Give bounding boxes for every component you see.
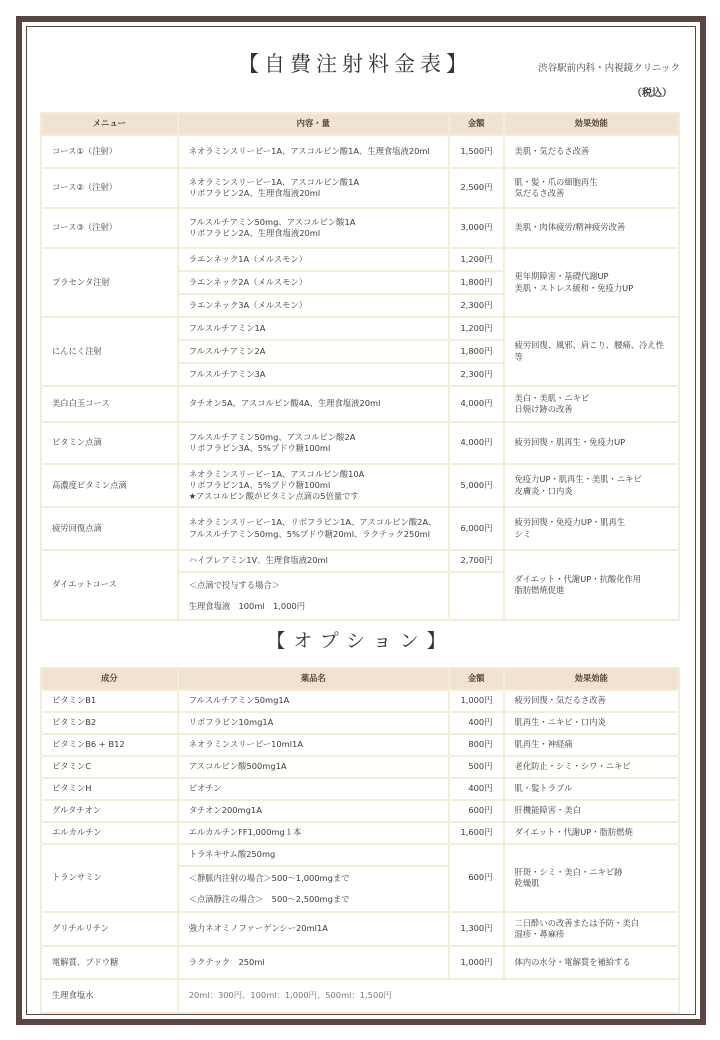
price-cell: 600円 xyxy=(449,800,504,822)
content-line: ★アスコルビン酸がビタミン点滴の5倍量です xyxy=(189,491,438,502)
price-cell: 2,500円 xyxy=(449,168,504,208)
effect-cell: 美肌・気だるさ改善 xyxy=(504,135,679,168)
effect-cell: ダイエット・代謝UP・脂肪燃焼 xyxy=(504,822,679,844)
price-cell: 1,500円 xyxy=(449,135,504,168)
table-row: 生理食塩水 20ml：300円、100ml：1,000円、500ml：1,500… xyxy=(41,979,679,1013)
price-cell: 1,200円 xyxy=(449,317,504,340)
effect-cell: 疲労回復・免疫力UP・肌再生シミ xyxy=(504,507,679,550)
table-row: 電解質、ブドウ糖 ラクテック 250ml 1,000円 体内の水分・電解質を補給… xyxy=(41,946,679,979)
price-cell: 1,800円 xyxy=(449,271,504,294)
ingredient-cell: グルタチオン xyxy=(41,800,178,822)
table-row: ビタミンCアスコルビン酸500mg1A500円老化防止・シミ・シワ・ニキビ xyxy=(41,756,679,778)
content-line: フルスルチアミン50mg、アスコルビン酸2A xyxy=(189,432,438,443)
effect-line: 皮膚炎・口内炎 xyxy=(515,486,668,497)
drug-cell: トラネキサム酸250mg xyxy=(178,844,449,866)
tax-note: （税込） xyxy=(632,84,672,99)
content-cell: ネオラミンスリービー1A、アスコルビン酸1A、生理食塩液20ml xyxy=(178,135,449,168)
menu-cell: プラセンタ注射 xyxy=(41,248,178,317)
drug-cell: エルカルチンFF1,000mg１本 xyxy=(178,822,449,844)
table-row: ビタミンB1フルスルチアミン50mg1A1,000円疲労回復・気だるさ改善 xyxy=(41,690,679,712)
content-line: リボフラビン2A、生理食塩液20ml xyxy=(189,228,438,239)
col-effect: 効果効能 xyxy=(504,668,679,690)
effect-cell: ダイエット・代謝UP・抗酸化作用脂肪燃焼促進 xyxy=(504,550,679,620)
content-line: ＜点滴で投与する場合＞ xyxy=(189,580,438,591)
table-header: メニュー 内容・量 金額 効果効能 xyxy=(41,113,679,135)
content-cell: タチオン5A、アスコルビン酸4A、生理食塩液20ml xyxy=(178,386,449,422)
price-cell: 1,000円 xyxy=(449,946,504,979)
content-cell: ラエンネック3A（メルスモン） xyxy=(178,294,449,317)
menu-cell: ビタミン点滴 xyxy=(41,422,178,464)
col-price: 金額 xyxy=(449,668,504,690)
col-drug: 薬品名 xyxy=(178,668,449,690)
content-cell: ＜点滴で投与する場合＞生理食塩液 100ml 1,000円 xyxy=(178,572,449,620)
options-table: 成分 薬品名 金額 効果効能 ビタミンB1フルスルチアミン50mg1A1,000… xyxy=(40,667,680,1014)
content-cell: ネオラミンスリービー1A、アスコルビン酸10Aリボフラビン1A、5%ブドウ糖10… xyxy=(178,464,449,507)
table-row: コース①（注射） ネオラミンスリービー1A、アスコルビン酸1A、生理食塩液20m… xyxy=(41,135,679,168)
content-cell: ラエンネック1A（メルスモン） xyxy=(178,248,449,271)
content-cell: ネオラミンスリービー1A、リボフラビン1A、アスコルビン酸2A、フルスルチアミン… xyxy=(178,507,449,550)
table-row: プラセンタ注射 ラエンネック1A（メルスモン） 1,200円 更年期障害・基礎代… xyxy=(41,248,679,271)
content-cell: ネオラミンスリービー1A、アスコルビン酸1Aリボフラビン2A、生理食塩液20ml xyxy=(178,168,449,208)
price-cell: 400円 xyxy=(449,712,504,734)
price-cell: 1,000円 xyxy=(449,690,504,712)
table-row: ビタミンB2リボフラビン10mg1A400円肌再生・ニキビ・口内炎 xyxy=(41,712,679,734)
drug-cell: ＜静脈内注射の場合＞500〜1,000mgまで＜点滴静注の場合＞ 500〜2,5… xyxy=(178,866,449,912)
ingredient-cell: ビタミンB6 + B12 xyxy=(41,734,178,756)
effect-cell: 更年期障害・基礎代謝UP美肌・ストレス緩和・免疫力UP xyxy=(504,248,679,317)
price-table: メニュー 内容・量 金額 効果効能 コース①（注射） ネオラミンスリービー1A、… xyxy=(40,112,680,621)
effect-line: 脂肪燃焼促進 xyxy=(515,585,668,596)
col-content: 内容・量 xyxy=(178,113,449,135)
content-cell: ラエンネック2A（メルスモン） xyxy=(178,271,449,294)
effect-line: 肝斑・シミ・美白・ニキビ跡 xyxy=(515,867,668,878)
price-cell: 2,300円 xyxy=(449,363,504,386)
menu-cell: コース①（注射） xyxy=(41,135,178,168)
table-row: ビタミンHビオチン400円肌・髪トラブル xyxy=(41,778,679,800)
drug-cell: ラクテック 250ml xyxy=(178,946,449,979)
table-row: ビタミンB6 + B12ネオラミンスリービー10ml1A800円肌再生・神経痛 xyxy=(41,734,679,756)
ingredient-cell: ビタミンH xyxy=(41,778,178,800)
table-row: グルタチオンタチオン200mg1A600円肝機能障害・美白 xyxy=(41,800,679,822)
ingredient-cell: ビタミンC xyxy=(41,756,178,778)
menu-cell: 疲労回復点滴 xyxy=(41,507,178,550)
col-ingredient: 成分 xyxy=(41,668,178,690)
effect-line: 更年期障害・基礎代謝UP xyxy=(515,271,668,282)
content-line: 生理食塩液 100ml 1,000円 xyxy=(189,601,438,612)
col-effect: 効果効能 xyxy=(504,113,679,135)
content-cell: フルスルチアミン3A xyxy=(178,363,449,386)
table-row: 高濃度ビタミン点滴 ネオラミンスリービー1A、アスコルビン酸10Aリボフラビン1… xyxy=(41,464,679,507)
content-line: ネオラミンスリービー1A、アスコルビン酸1A xyxy=(189,177,438,188)
effect-line: ダイエット・代謝UP・抗酸化作用 xyxy=(515,574,668,585)
table-row: エルカルチンエルカルチンFF1,000mg１本1,600円ダイエット・代謝UP・… xyxy=(41,822,679,844)
price-cell xyxy=(449,572,504,620)
effect-line: シミ xyxy=(515,529,668,540)
options-title: 【オプション】 xyxy=(0,626,720,653)
price-cell: 6,000円 xyxy=(449,507,504,550)
effect-cell: 肌再生・神経痛 xyxy=(504,734,679,756)
menu-cell: コース③（注射） xyxy=(41,208,178,248)
effect-cell: 肌・髪・爪の細胞再生気だるさ改善 xyxy=(504,168,679,208)
drug-cell: 強力ネオミノファーゲンシー20ml1A xyxy=(178,912,449,946)
drug-cell: ビオチン xyxy=(178,778,449,800)
drug-line: ＜点滴静注の場合＞ 500〜2,500mgまで xyxy=(189,894,438,905)
effect-line: 日焼け跡の改善 xyxy=(515,404,668,415)
saline-detail-cell: 20ml：300円、100ml：1,000円、500ml：1,500円 xyxy=(178,979,679,1013)
price-cell: 500円 xyxy=(449,756,504,778)
ingredient-cell: ビタミンB1 xyxy=(41,690,178,712)
menu-cell: にんにく注射 xyxy=(41,317,178,386)
effect-cell: 免疫力UP・肌再生・美肌・ニキビ皮膚炎・口内炎 xyxy=(504,464,679,507)
table-row: コース②（注射） ネオラミンスリービー1A、アスコルビン酸1Aリボフラビン2A、… xyxy=(41,168,679,208)
drug-cell: タチオン200mg1A xyxy=(178,800,449,822)
drug-cell: ネオラミンスリービー10ml1A xyxy=(178,734,449,756)
effect-cell: 疲労回復、風邪、肩こり、腰痛、冷え性等 xyxy=(504,317,679,386)
effect-line: 美肌・ストレス緩和・免疫力UP xyxy=(515,283,668,294)
ingredient-cell: エルカルチン xyxy=(41,822,178,844)
table-row: ダイエットコース ハイプレアミン1V、生理食塩液20ml 2,700円 ダイエッ… xyxy=(41,550,679,572)
clinic-name: 渋谷駅前内科・内視鏡クリニック xyxy=(538,60,680,74)
ingredient-cell: 電解質、ブドウ糖 xyxy=(41,946,178,979)
effect-line: 免疫力UP・肌再生・美肌・ニキビ xyxy=(515,474,668,485)
price-cell: 2,300円 xyxy=(449,294,504,317)
content-line: リボフラビン3A、5%ブドウ糖100ml xyxy=(189,443,438,454)
drug-cell: フルスルチアミン50mg1A xyxy=(178,690,449,712)
table-header: 成分 薬品名 金額 効果効能 xyxy=(41,668,679,690)
ingredient-cell: トランサミン xyxy=(41,844,178,912)
price-cell: 1,600円 xyxy=(449,822,504,844)
menu-cell: 美白白玉コース xyxy=(41,386,178,422)
effect-line: 二日酔いの改善または予防・美白 xyxy=(515,918,668,929)
ingredient-cell: 生理食塩水 xyxy=(41,979,178,1013)
table-row: 美白白玉コース タチオン5A、アスコルビン酸4A、生理食塩液20ml 4,000… xyxy=(41,386,679,422)
table-row: トランサミン トラネキサム酸250mg 600円 肝斑・シミ・美白・ニキビ跡乾燥… xyxy=(41,844,679,866)
effect-cell: 美白・美肌・ニキビ日焼け跡の改善 xyxy=(504,386,679,422)
effect-cell: 疲労回復・肌再生・免疫力UP xyxy=(504,422,679,464)
effect-cell: 肝斑・シミ・美白・ニキビ跡乾燥肌 xyxy=(504,844,679,912)
effect-line: 気だるさ改善 xyxy=(515,188,668,199)
content-line: フルスルチアミン50mg、アスコルビン酸1A xyxy=(189,217,438,228)
price-cell: 1,800円 xyxy=(449,340,504,363)
content-cell: フルスルチアミン50mg、アスコルビン酸2Aリボフラビン3A、5%ブドウ糖100… xyxy=(178,422,449,464)
price-cell: 1,200円 xyxy=(449,248,504,271)
price-cell: 600円 xyxy=(449,844,504,912)
col-price: 金額 xyxy=(449,113,504,135)
drug-line: ＜静脈内注射の場合＞500〜1,000mgまで xyxy=(189,873,438,884)
content-cell: フルスルチアミン2A xyxy=(178,340,449,363)
effect-line: 乾燥肌 xyxy=(515,878,668,889)
menu-cell: コース②（注射） xyxy=(41,168,178,208)
effect-cell: 二日酔いの改善または予防・美白湿疹・蕁麻疹 xyxy=(504,912,679,946)
drug-cell: アスコルビン酸500mg1A xyxy=(178,756,449,778)
content-line: リボフラビン2A、生理食塩液20ml xyxy=(189,188,438,199)
table-row: ビタミン点滴 フルスルチアミン50mg、アスコルビン酸2Aリボフラビン3A、5%… xyxy=(41,422,679,464)
effect-line: 肌・髪・爪の細胞再生 xyxy=(515,177,668,188)
ingredient-cell: グリチルリチン xyxy=(41,912,178,946)
table-row: コース③（注射） フルスルチアミン50mg、アスコルビン酸1Aリボフラビン2A、… xyxy=(41,208,679,248)
price-cell: 800円 xyxy=(449,734,504,756)
effect-cell: 疲労回復・気だるさ改善 xyxy=(504,690,679,712)
price-cell: 4,000円 xyxy=(449,422,504,464)
table-row: にんにく注射 フルスルチアミン1A 1,200円 疲労回復、風邪、肩こり、腰痛、… xyxy=(41,317,679,340)
content-line: リボフラビン1A、5%ブドウ糖100ml xyxy=(189,480,438,491)
effect-cell: 美肌・肉体疲労/精神疲労改善 xyxy=(504,208,679,248)
content-cell: フルスルチアミン1A xyxy=(178,317,449,340)
price-cell: 1,300円 xyxy=(449,912,504,946)
content-cell: ハイプレアミン1V、生理食塩液20ml xyxy=(178,550,449,572)
drug-cell: リボフラビン10mg1A xyxy=(178,712,449,734)
effect-line: 美白・美肌・ニキビ xyxy=(515,393,668,404)
effect-cell: 老化防止・シミ・シワ・ニキビ xyxy=(504,756,679,778)
effect-cell: 肝機能障害・美白 xyxy=(504,800,679,822)
ingredient-cell: ビタミンB2 xyxy=(41,712,178,734)
effect-line: 湿疹・蕁麻疹 xyxy=(515,929,668,940)
content-line: ネオラミンスリービー1A、アスコルビン酸10A xyxy=(189,469,438,480)
content-cell: フルスルチアミン50mg、アスコルビン酸1Aリボフラビン2A、生理食塩液20ml xyxy=(178,208,449,248)
table-row: グリチルリチン 強力ネオミノファーゲンシー20ml1A 1,300円 二日酔いの… xyxy=(41,912,679,946)
price-cell: 400円 xyxy=(449,778,504,800)
table-row: 疲労回復点滴 ネオラミンスリービー1A、リボフラビン1A、アスコルビン酸2A、フ… xyxy=(41,507,679,550)
price-cell: 2,700円 xyxy=(449,550,504,572)
effect-cell: 肌再生・ニキビ・口内炎 xyxy=(504,712,679,734)
price-cell: 3,000円 xyxy=(449,208,504,248)
effect-cell: 肌・髪トラブル xyxy=(504,778,679,800)
price-cell: 4,000円 xyxy=(449,386,504,422)
menu-cell: 高濃度ビタミン点滴 xyxy=(41,464,178,507)
col-menu: メニュー xyxy=(41,113,178,135)
effect-cell: 体内の水分・電解質を補給する xyxy=(504,946,679,979)
menu-cell: ダイエットコース xyxy=(41,550,178,620)
price-cell: 5,000円 xyxy=(449,464,504,507)
effect-line: 疲労回復・免疫力UP・肌再生 xyxy=(515,517,668,528)
